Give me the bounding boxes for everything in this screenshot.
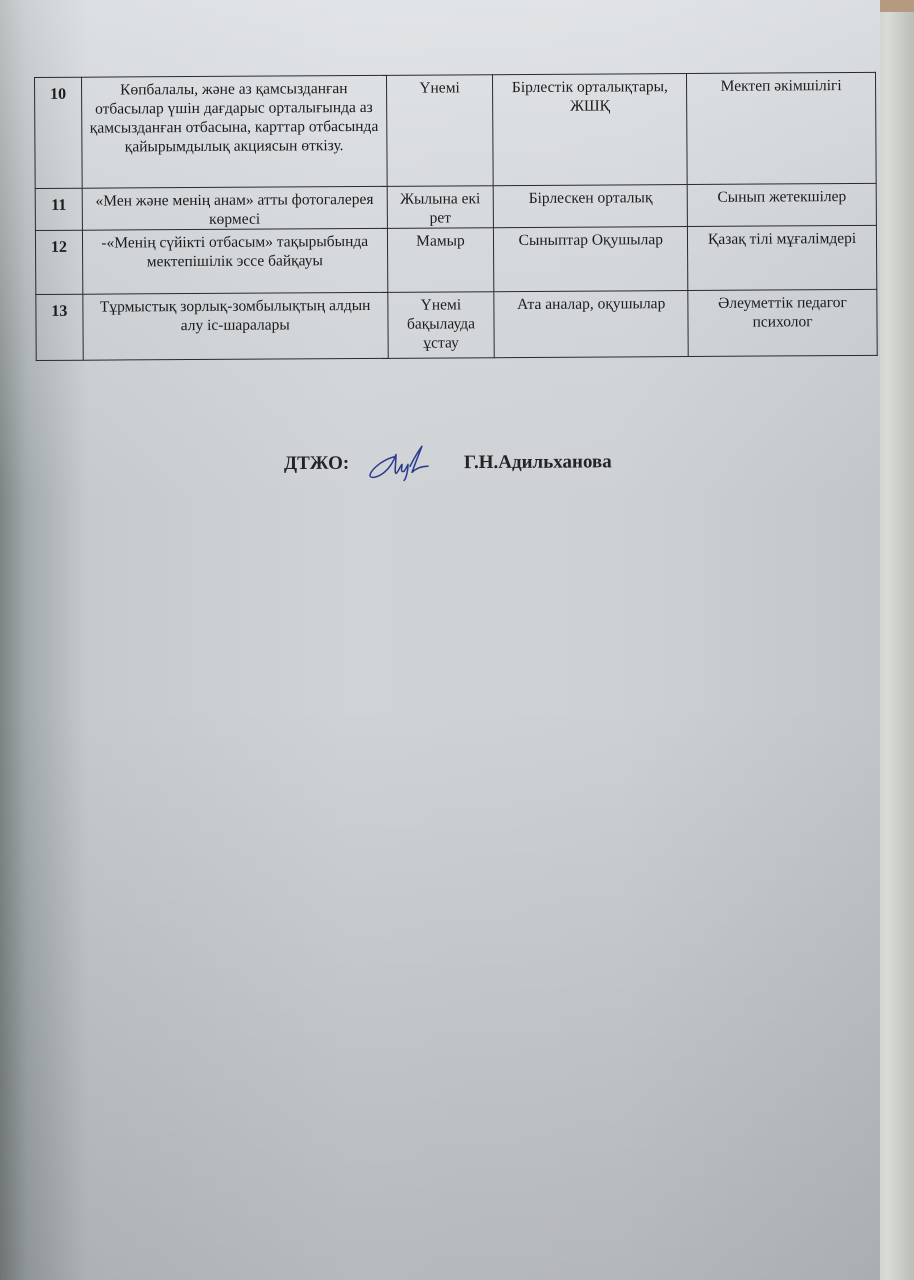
signature-title: ДТЖО: [284, 453, 349, 475]
period-cell: Үнемі [386, 75, 494, 187]
document-page: 10 Көпбалалы, және аз қамсызданған отбас… [0, 0, 880, 1280]
responsible-cell: Қазақ тілі мұғалімдері [688, 225, 877, 290]
place-cell: Бірлескен орталық [494, 185, 688, 228]
event-cell: -«Менің сүйікті отбасым» тақырыбында мек… [82, 228, 387, 294]
row-number: 13 [36, 294, 83, 360]
background-desk [878, 0, 914, 12]
place-cell: Бірлестік орталықтары, ЖШҚ [493, 74, 687, 186]
place-cell: Ата аналар, оқушылар [494, 291, 688, 358]
table-row: 10 Көпбалалы, және аз қамсызданған отбас… [35, 72, 877, 188]
table-row: 12 -«Менің сүйікті отбасым» тақырыбында … [35, 225, 876, 294]
responsible-cell: Сынып жетекшілер [687, 183, 876, 226]
event-cell: «Мен және менің анам» атты фотогалерея к… [82, 186, 387, 230]
period-cell: Үнемі бақылауда ұстау [387, 292, 494, 359]
event-cell: Көпбалалы, және аз қамсызданған отбасыла… [81, 75, 386, 188]
row-number: 10 [35, 77, 83, 188]
period-cell: Жылына екі рет [387, 186, 494, 229]
signatory-name: Г.Н.Адильханова [464, 451, 612, 474]
row-number: 11 [35, 188, 82, 230]
responsible-cell: Мектеп әкімшілігі [687, 72, 876, 184]
event-cell: Тұрмыстық зорлық-зомбылықтың алдын алу і… [83, 292, 388, 360]
place-cell: Сыныптар Оқушылар [494, 227, 688, 292]
table-row: 13 Тұрмыстық зорлық-зомбылықтың алдын ал… [36, 289, 877, 360]
period-cell: Мамыр [387, 228, 494, 293]
row-number: 12 [35, 230, 82, 294]
table-row: 11 «Мен және менің анам» атты фотогалере… [35, 183, 876, 230]
signature-block: ДТЖО: Г.Н.Адильханова [284, 441, 684, 483]
plan-table: 10 Көпбалалы, және аз қамсызданған отбас… [34, 72, 878, 361]
responsible-cell: Әлеуметтік педагог психолог [688, 289, 877, 356]
handwritten-signature-icon [366, 442, 432, 482]
